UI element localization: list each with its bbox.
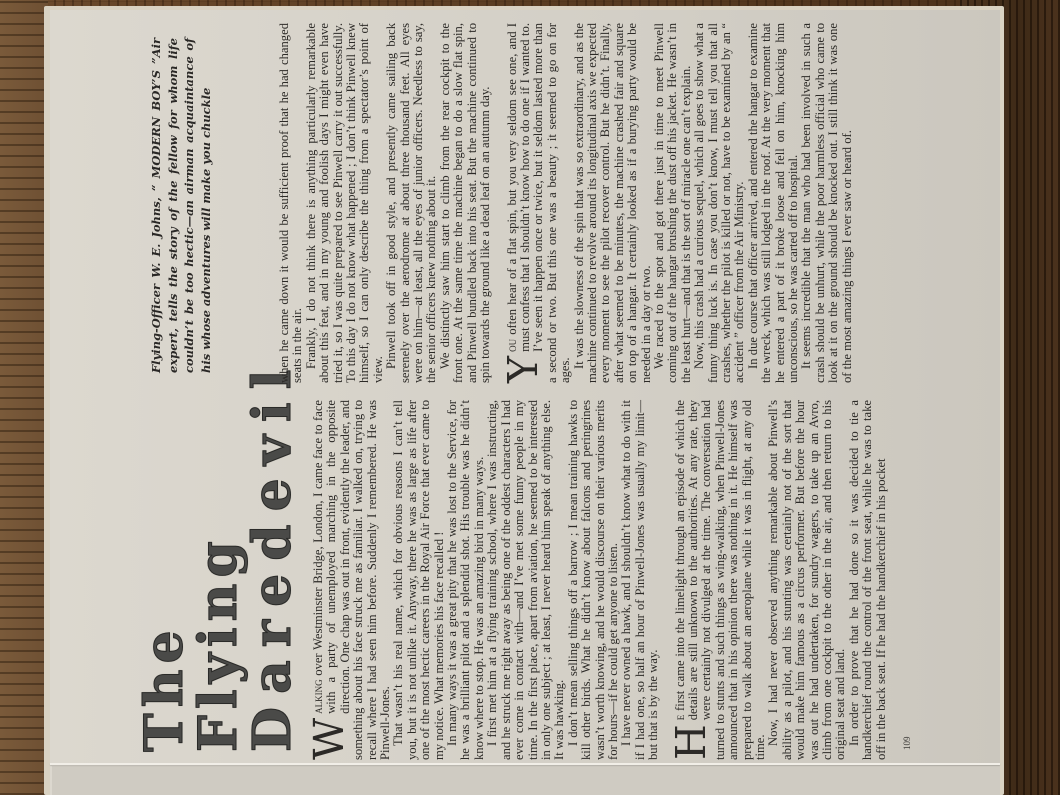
rotated-article: The Flying Daredevil Walking over Westmi… [60, 15, 940, 765]
article-standfirst: Flying-Officer W. E. Johns, “ MODERN BOY… [148, 38, 214, 373]
facing-page-strip [52, 766, 1000, 795]
drop-cap: W [313, 718, 345, 760]
paragraph: I first met him at a flying training sch… [486, 400, 566, 760]
paragraph: We raced to the spot and got there just … [653, 23, 693, 383]
paragraph: I don’t mean selling things off a barrow… [567, 400, 621, 760]
paragraph: We distinctly saw him start to climb fro… [439, 23, 493, 383]
article-title: The Flying Daredevil [138, 400, 300, 752]
body-text-right: when he came down it would be sufficient… [278, 23, 854, 383]
paragraph: It seems incredible that the man who had… [800, 23, 854, 383]
paragraph: Pinwell took off in good style, and pres… [385, 23, 439, 383]
paragraph: In due course that officer arrived, and … [747, 23, 801, 383]
paragraph: Now, this crash had a curious sequel, wh… [693, 23, 747, 383]
paragraph: In order to prove that he had done so it… [848, 400, 888, 760]
lead-smallcaps: ou [505, 339, 519, 352]
paragraph: You often hear of a flat spin, but you v… [506, 23, 573, 383]
title-line-2: Daredevil [246, 400, 300, 752]
paragraph: Frankly, I do not think there is anythin… [305, 23, 385, 383]
paragraph: Walking over Westminster Bridge, London,… [312, 400, 392, 760]
paragraph: I have never owned a hawk, and I shouldn… [620, 400, 660, 760]
drop-cap: H [675, 724, 707, 760]
paragraph: In many ways it was a great pity that he… [446, 400, 486, 760]
paragraph: He first came into the limelight through… [674, 400, 768, 760]
title-line-1: The Flying [134, 535, 249, 752]
lead-smallcaps: alking [311, 679, 325, 714]
drop-cap: Y [507, 356, 539, 383]
left-column: The Flying Daredevil Walking over Westmi… [60, 400, 888, 760]
paragraph: That wasn’t his real name, which for obv… [392, 400, 446, 760]
paragraph: Now, I had never observed anything remar… [767, 400, 847, 760]
page-number: 109 [902, 737, 912, 751]
wood-table-left [0, 0, 48, 795]
lead-smallcaps: e [673, 715, 687, 721]
paragraph: when he came down it would be sufficient… [278, 23, 305, 383]
body-text-left: Walking over Westminster Bridge, London,… [312, 400, 888, 760]
paragraph: It was the slowness of the spin that was… [573, 23, 653, 383]
